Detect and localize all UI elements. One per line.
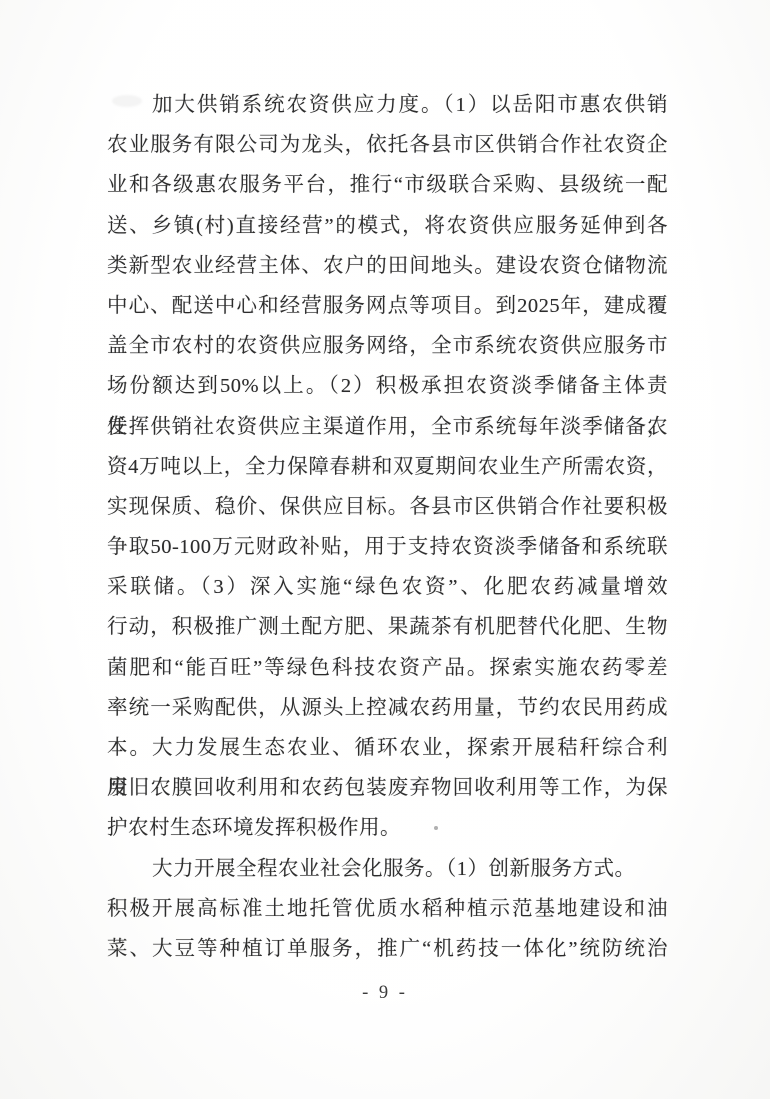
- text-line-1: 加大供销系统农资供应力度。（1）以岳阳市惠农供销: [107, 85, 668, 125]
- text-line-3: 业和各级惠农服务平台，推行“市级联合采购、县级统一配: [107, 165, 668, 205]
- text-line-22: 菜、大豆等种植订单服务，推广“机药技一体化”统防统治: [107, 929, 668, 969]
- text-line-2: 农业服务有限公司为龙头，依托各县市区供销合作社农资企: [107, 125, 668, 165]
- text-line-15: 菌肥和“能百旺”等绿色科技农资产品。探索实施农药零差: [107, 648, 668, 688]
- scan-noise-speck: [384, 831, 387, 833]
- text-line-9: 发挥供销社农资供应主渠道作用，全市系统每年淡季储备农: [107, 407, 668, 447]
- document-page: 加大供销系统农资供应力度。（1）以岳阳市惠农供销 农业服务有限公司为龙头，依托各…: [0, 0, 770, 1099]
- text-line-19: 护农村生态环境发挥积极作用。: [107, 808, 668, 848]
- text-line-21: 积极开展高标准土地托管优质水稻种植示范基地建设和油: [107, 889, 668, 929]
- text-line-18: 废旧农膜回收利用和农药包装废弃物回收利用等工作，为保: [107, 768, 668, 808]
- scan-noise-speck: [434, 826, 438, 830]
- text-line-20: 大力开展全程农业社会化服务。（1）创新服务方式。: [107, 849, 668, 889]
- page-number: - 9 -: [0, 983, 770, 1004]
- text-line-13: 采联储。（3）深入实施“绿色农资”、化肥农药减量增效: [107, 567, 668, 607]
- text-line-6: 中心、配送中心和经营服务网点等项目。到2025年，建成覆: [107, 286, 668, 326]
- text-line-16: 率统一采购配供，从源头上控减农药用量，节约农民用药成: [107, 688, 668, 728]
- document-body: 加大供销系统农资供应力度。（1）以岳阳市惠农供销 农业服务有限公司为龙头，依托各…: [107, 85, 668, 969]
- text-line-4: 送、乡镇(村)直接经营”的模式，将农资供应服务延伸到各: [107, 206, 668, 246]
- text-line-10: 资4万吨以上，全力保障春耕和双夏期间农业生产所需农资，: [107, 447, 668, 487]
- text-line-17: 本。大力发展生态农业、循环农业，探索开展秸秆综合利用、: [107, 728, 668, 768]
- text-line-5: 类新型农业经营主体、农户的田间地头。建设农资仓储物流: [107, 246, 668, 286]
- text-line-14: 行动，积极推广测土配方肥、果蔬茶有机肥替代化肥、生物: [107, 607, 668, 647]
- text-line-7: 盖全市农村的农资供应服务网络，全市系统农资供应服务市: [107, 326, 668, 366]
- text-line-12: 争取50-100万元财政补贴，用于支持农资淡季储备和系统联: [107, 527, 668, 567]
- text-line-11: 实现保质、稳价、保供应目标。各县市区供销合作社要积极: [107, 487, 668, 527]
- text-line-8: 场份额达到50%以上。（2）积极承担农资淡季储备主体责任，: [107, 366, 668, 406]
